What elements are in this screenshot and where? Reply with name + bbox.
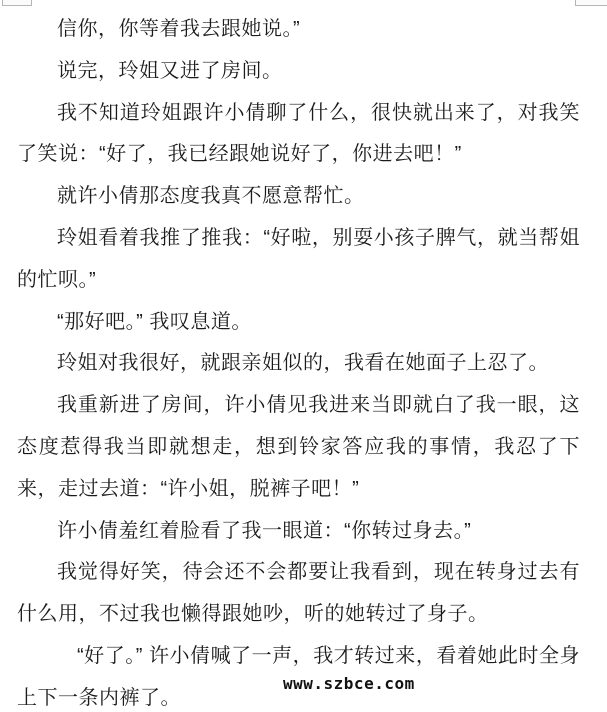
paragraph-8: 我重新进了房间，许小倩见我进来当即就白了我一眼，这态度惹得我当即就想走，想到铃家…	[17, 385, 580, 510]
paragraph-6: “那好吧。” 我叹息道。	[17, 302, 580, 344]
paragraph-10: 我觉得好笑，待会还不会都要让我看到，现在转身过去有什么用，不过我也懒得跟她吵，听…	[17, 552, 580, 636]
paragraph-9: 许小倩羞红着脸看了我一眼道：“你转过身去。”	[17, 511, 580, 553]
cropped-box-right	[575, 0, 607, 6]
novel-text: 信你，你等着我去跟她说。” 说完，玲姐又进了房间。 我不知道玲姐跟许小倩聊了什么…	[17, 9, 580, 712]
cropped-box-left	[2, 0, 32, 6]
watermark: www.szbce.com	[283, 674, 415, 693]
paragraph-1: 信你，你等着我去跟她说。”	[17, 9, 580, 51]
paragraph-2: 说完，玲姐又进了房间。	[17, 51, 580, 93]
paragraph-4: 就许小倩那态度我真不愿意帮忙。	[17, 176, 580, 218]
novel-page: 信你，你等着我去跟她说。” 说完，玲姐又进了房间。 我不知道玲姐跟许小倩聊了什么…	[0, 0, 607, 712]
paragraph-7: 玲姐对我很好，就跟亲姐似的，我看在她面子上忍了。	[17, 343, 580, 385]
paragraph-5: 玲姐看着我推了推我：“好啦，别耍小孩子脾气，就当帮姐的忙呗。”	[17, 218, 580, 302]
paragraph-3: 我不知道玲姐跟许小倩聊了什么，很快就出来了，对我笑了笑说：“好了，我已经跟她说好…	[17, 93, 580, 177]
